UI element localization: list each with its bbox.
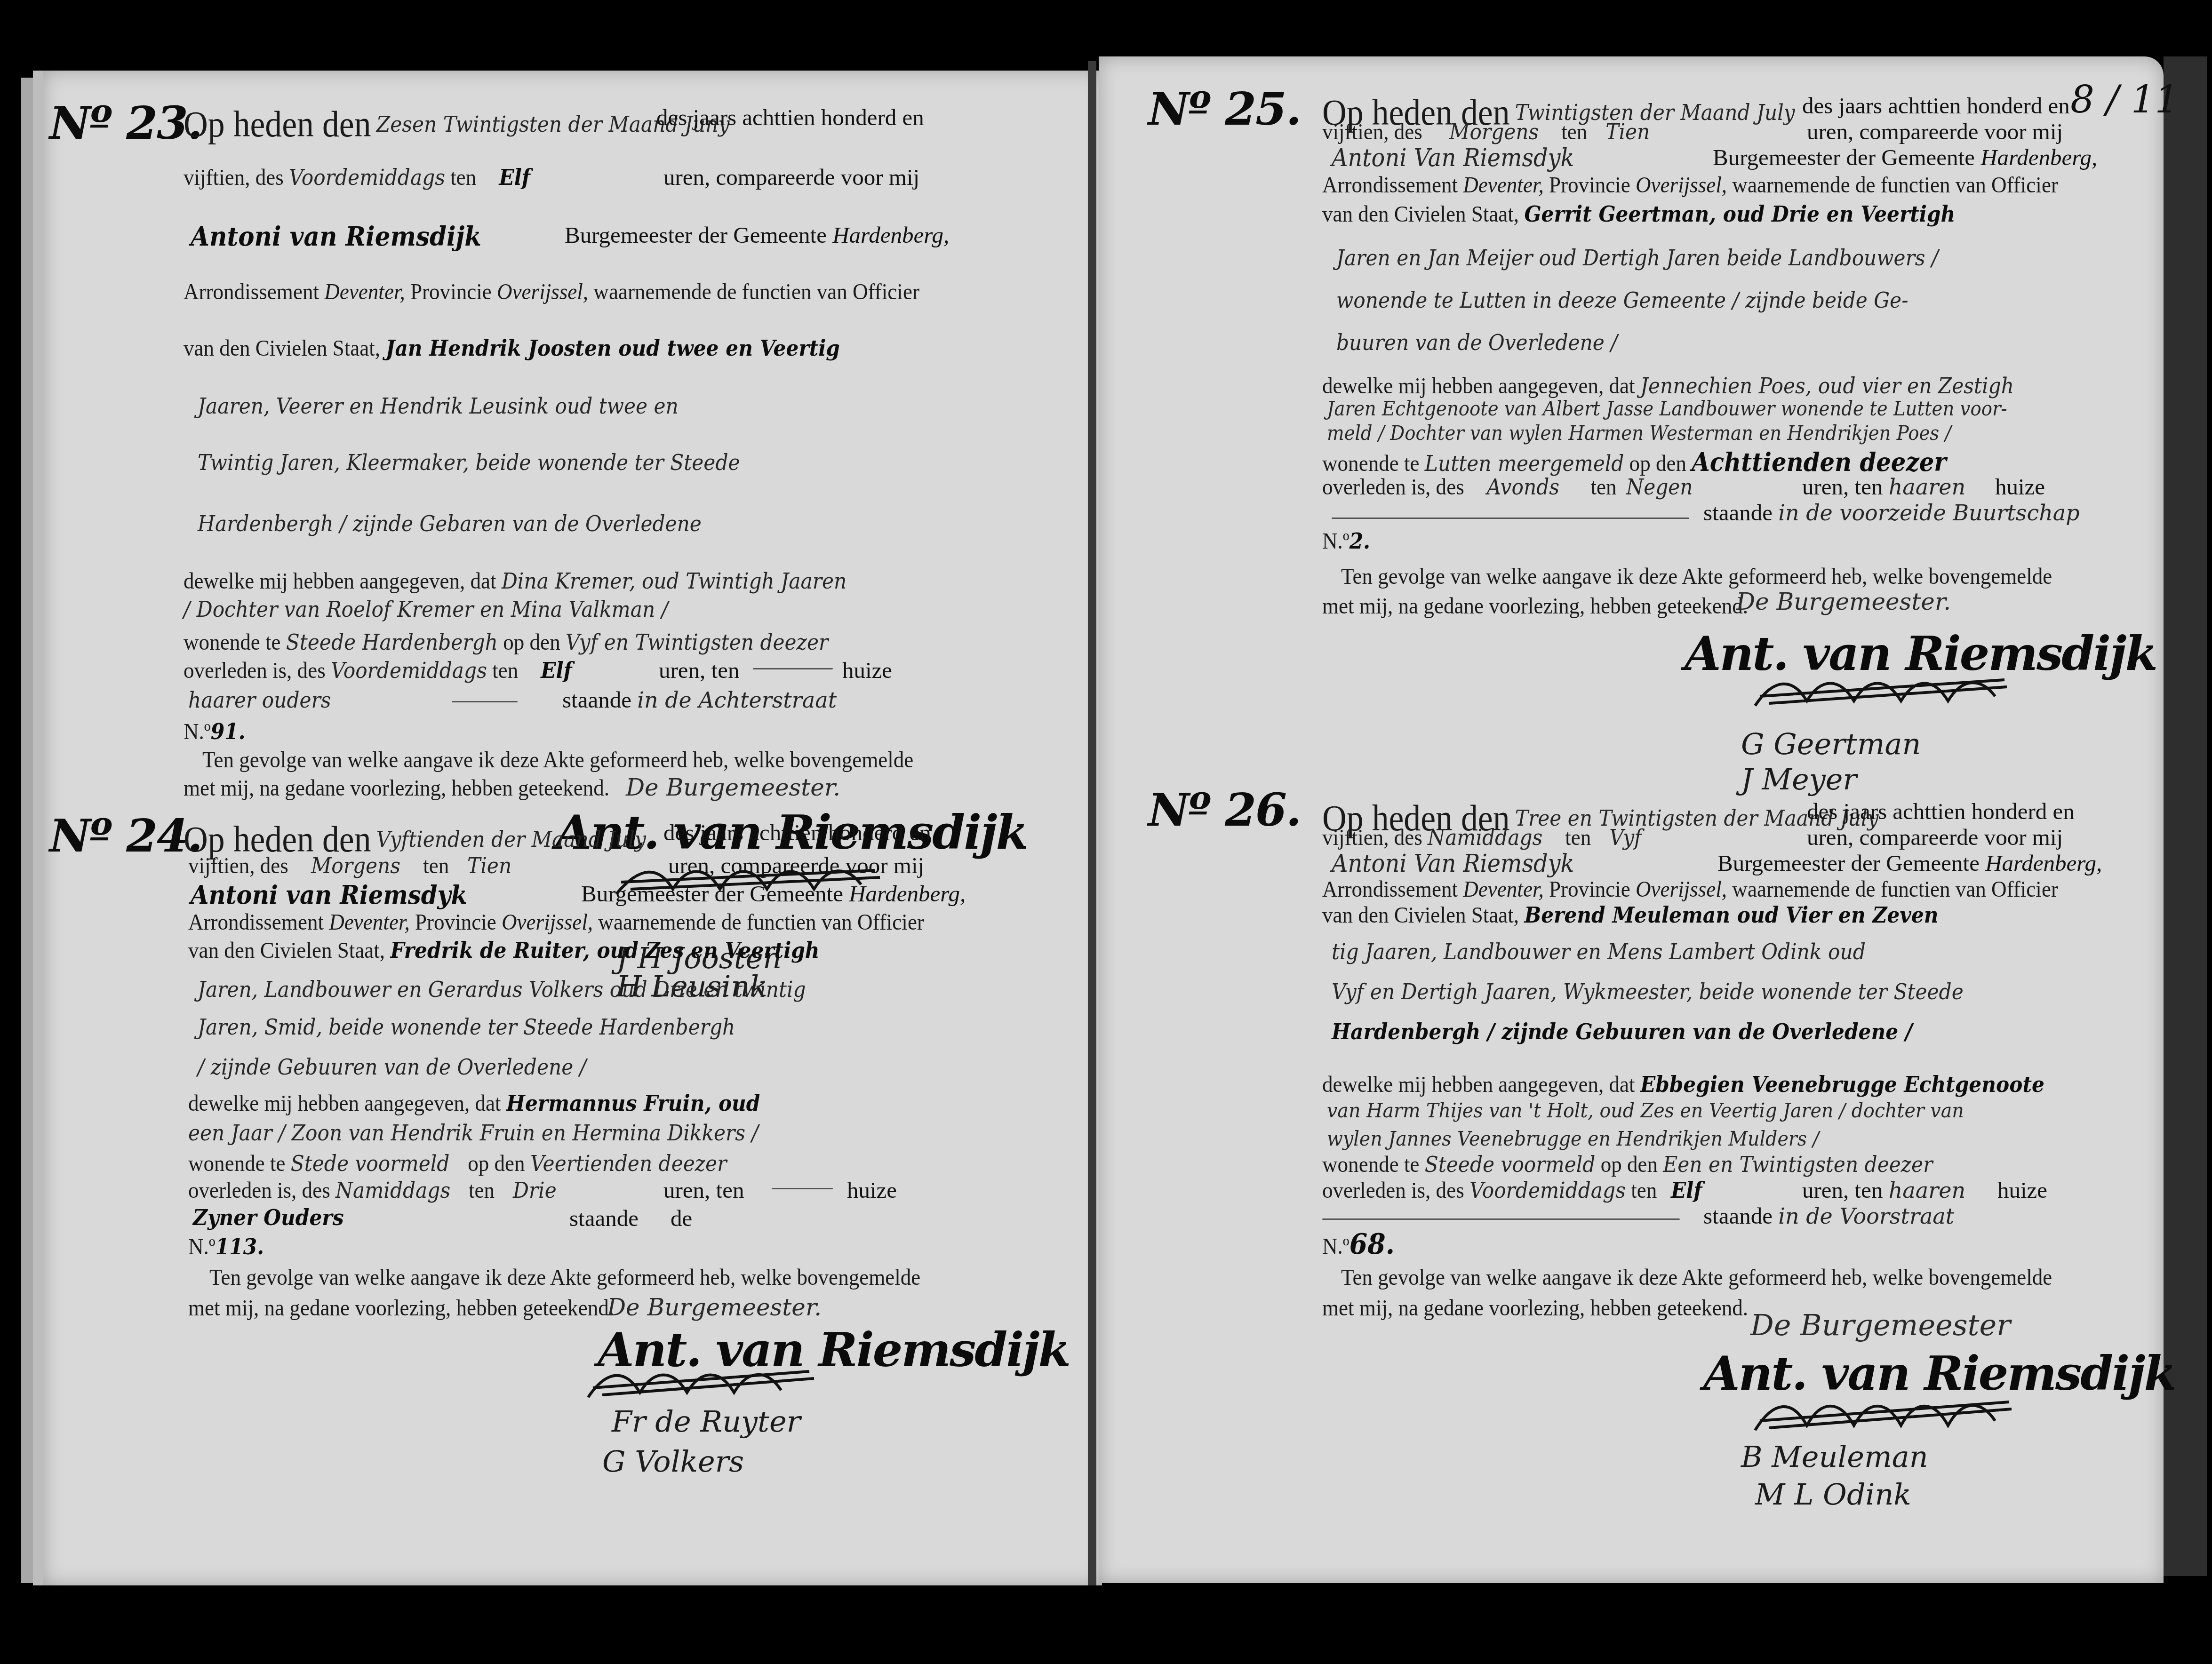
house-line: Zyner Ouders xyxy=(193,1207,343,1228)
closing-line-1: Ten gevolge van welke aangave ik deze Ak… xyxy=(1341,565,2052,588)
official-line: Antoni van Riemsdijk xyxy=(191,223,481,250)
register-number: N.º113. xyxy=(188,1235,264,1258)
closing-line-2: met mij, na gedane voorlezing, hebben ge… xyxy=(184,776,609,799)
witness-line-4: Hardenbergh / zijnde Gebaren van de Over… xyxy=(198,513,702,534)
signature-flourish-icon xyxy=(1750,1388,2014,1440)
blank-rule xyxy=(1332,518,1689,519)
folio-number: 8 / 11 xyxy=(2070,78,2179,121)
arrondissement-line: Arrondissement Deventer, Provincie Overi… xyxy=(1322,877,2058,900)
register-number: N.º2. xyxy=(1322,529,1370,552)
mayor-title: De Burgemeester. xyxy=(607,1294,822,1321)
arrondissement-line: Arrondissement Deventer, Provincie Overi… xyxy=(184,280,919,303)
deceased-line-1: dewelke mij hebben aangegeven, dat Jenne… xyxy=(1322,374,2014,397)
residence-line: wonende te Lutten meergemeld op den Acht… xyxy=(1322,449,1946,475)
witness-signature-1: G Geertman xyxy=(1741,727,1921,761)
closing-line-1: Ten gevolge van welke aangave ik deze Ak… xyxy=(202,748,913,771)
official-line: Antoni Van Riemsdyk xyxy=(1332,146,1574,170)
record-line-1: Op heden den Zesen Twintigsten der Maand… xyxy=(184,106,729,143)
book-gutter xyxy=(1088,61,1096,1585)
witness-line-2: Jaaren, Veerer en Hendrik Leusink oud tw… xyxy=(198,395,679,417)
official-line: Antoni Van Riemsdyk xyxy=(1332,852,1574,876)
death-time-line: overleden is, des Voordemiddags ten Elf xyxy=(184,659,572,682)
deceased-line-1: dewelke mij hebben aangegeven, dat Ebbeg… xyxy=(1322,1073,2044,1096)
witness-line-1: van den Civielen Staat, Gerrit Geertman,… xyxy=(1322,202,1955,225)
mayor-title: De Burgemeester xyxy=(1750,1308,2011,1342)
signature-flourish-icon xyxy=(1750,668,2014,715)
witness-line-2: Jaren, Landbouwer en Gerardus Volkers ou… xyxy=(198,979,806,1000)
register-number: N.º91. xyxy=(184,720,245,743)
death-time-line: overleden is, des Voordemiddags ten Elf xyxy=(1322,1178,1702,1202)
residence-line: wonende te Steede Hardenbergh op den Vyf… xyxy=(184,630,828,653)
witness-line-1: van den Civielen Staat, Berend Meuleman … xyxy=(1322,903,1939,926)
house-line: haarer ouders xyxy=(188,688,331,711)
mayor-title: De Burgemeester. xyxy=(626,774,840,801)
witness-signature-1: B Meuleman xyxy=(1741,1440,1928,1474)
death-time-line: overleden is, des Avonds ten Negen xyxy=(1322,475,1693,498)
signature-flourish-icon xyxy=(583,1362,828,1404)
register-number: N.º68. xyxy=(1322,1230,1395,1258)
witness-line-4: / zijnde Gebuuren van de Overledene / xyxy=(198,1056,586,1078)
witness-line-4: buuren van de Overledene / xyxy=(1336,332,1618,353)
record-line-2: vijftien, des Namiddags ten Vyf xyxy=(1322,826,1642,849)
act-number: Nº 26. xyxy=(1148,783,1301,836)
closing-line-2: met mij, na gedane voorlezing, hebben ge… xyxy=(1322,1296,1748,1319)
deceased-line-2: Jaren Echtgenoote van Albert Jasse Landb… xyxy=(1327,399,2007,419)
residence-line: wonende te Steede voormeld op den Een en… xyxy=(1322,1153,1933,1176)
page-stack-edge xyxy=(21,78,33,1583)
deceased-line-1: dewelke mij hebben aangegeven, dat Dina … xyxy=(184,569,846,592)
deceased-line-2: / Dochter van Roelof Kremer en Mina Valk… xyxy=(184,598,668,620)
act-number: Nº 24. xyxy=(49,809,202,862)
witness-line-1: van den Civielen Staat, Fredrik de Ruite… xyxy=(188,939,820,962)
deceased-line-1: dewelke mij hebben aangegeven, dat Herma… xyxy=(188,1091,760,1115)
act-number: Nº 23. xyxy=(49,96,202,150)
witness-line-2: tig Jaaren, Landbouwer en Mens Lambert O… xyxy=(1332,941,1866,963)
witness-line-1: van den Civielen Staat, Jan Hendrik Joos… xyxy=(184,336,840,359)
deceased-line-3: wylen Jannes Veenebrugge en Hendrikjen M… xyxy=(1327,1129,1819,1149)
official-line: Antoni van Riemsdyk xyxy=(191,882,467,908)
witness-signature-1: Fr de Ruyter xyxy=(612,1404,800,1439)
closing-line-2: met mij, na gedane voorlezing, hebben ge… xyxy=(1322,594,1748,617)
witness-signature-2: G Volkers xyxy=(602,1444,744,1479)
witness-line-4: Hardenbergh / zijnde Gebuuren van de Ove… xyxy=(1332,1021,1912,1043)
arrondissement-line: Arrondissement Deventer, Provincie Overi… xyxy=(1322,173,2058,196)
witness-signature-2: M L Odink xyxy=(1755,1477,1911,1512)
witness-signature-2: J Meyer xyxy=(1741,762,1857,796)
witness-line-2: Jaren en Jan Meijer oud Dertigh Jaren be… xyxy=(1336,247,1938,269)
closing-line-2: met mij, na gedane voorlezing, hebben ge… xyxy=(188,1296,614,1319)
deceased-line-2: van Harm Thijes van 't Holt, oud Zes en … xyxy=(1327,1101,1964,1121)
record-line-2: vijftien, des Morgens ten Tien xyxy=(188,854,511,877)
mayor-title: De Burgemeester. xyxy=(1736,588,1951,615)
arrondissement-line: Arrondissement Deventer, Provincie Overi… xyxy=(188,910,924,933)
record-line-2: vijftien, des Morgens ten Tien xyxy=(1322,120,1650,143)
witness-line-3: Vyf en Dertigh Jaaren, Wykmeester, beide… xyxy=(1332,981,1964,1003)
death-time-line: overleden is, des Namiddags ten Drie xyxy=(188,1178,557,1202)
closing-line-1: Ten gevolge van welke aangave ik deze Ak… xyxy=(209,1266,920,1289)
record-line-2: vijftien, des Voordemiddags ten Elf xyxy=(184,166,530,189)
deceased-line-3: meld / Dochter van wylen Harmen Westerma… xyxy=(1327,423,1951,443)
deceased-line-2: een Jaar / Zoon van Hendrik Fruin en Her… xyxy=(188,1122,759,1144)
closing-line-1: Ten gevolge van welke aangave ik deze Ak… xyxy=(1341,1266,2052,1289)
witness-line-3: Jaren, Smid, beide wonende ter Steede Ha… xyxy=(198,1016,735,1038)
witness-line-3: wonende te Lutten in deeze Gemeente / zi… xyxy=(1336,289,1908,311)
blank-rule xyxy=(1322,1218,1680,1220)
residence-line: wonende te Stede voormeld op den Veertie… xyxy=(188,1152,727,1175)
witness-line-3: Twintig Jaren, Kleermaker, beide wonende… xyxy=(198,452,740,473)
blank-rule xyxy=(753,668,833,669)
act-number: Nº 25. xyxy=(1148,82,1301,135)
